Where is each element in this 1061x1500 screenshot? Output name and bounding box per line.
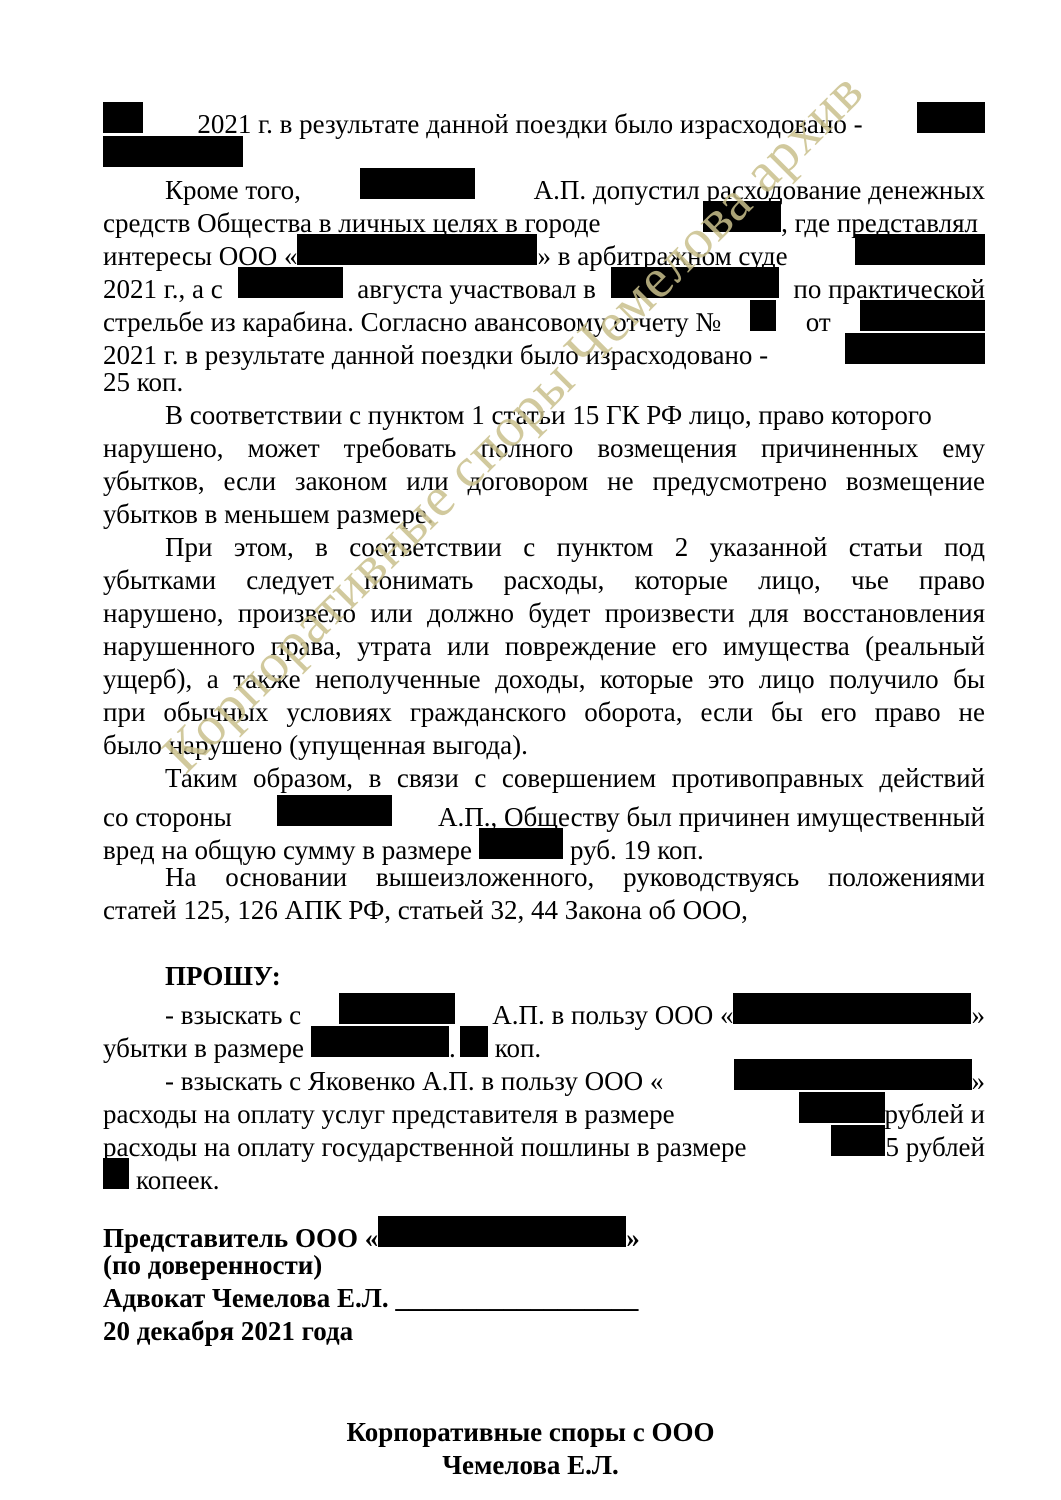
text-line: нарушенного права, утрата или повреждени… <box>103 630 985 663</box>
redaction <box>733 993 971 1024</box>
text-line: Таким образом, в связи с совершением про… <box>103 762 985 795</box>
text-line: Кроме того, А.П. допустил расходование д… <box>103 168 985 201</box>
redaction <box>238 267 343 298</box>
text-line: вред на общую сумму в размере руб. 19 ко… <box>103 828 985 861</box>
redaction <box>479 828 563 859</box>
signature-date: 20 декабря 2021 года <box>103 1315 985 1348</box>
redaction <box>311 1026 449 1057</box>
redaction <box>378 1216 626 1247</box>
footer-line: Чемелова Е.Л. <box>0 1449 1061 1482</box>
redaction <box>750 300 776 331</box>
text-line: стрельбе из карабина. Согласно авансовом… <box>103 300 985 333</box>
text-line: при обычных условиях гражданского оборот… <box>103 696 985 729</box>
redaction <box>611 267 779 298</box>
text-line: было нарушено (упущенная выгода). <box>103 729 985 762</box>
redaction <box>297 234 537 265</box>
text-line: копеек. <box>103 1158 985 1191</box>
text-line: убытками следует понимать расходы, котор… <box>103 564 985 597</box>
text-line <box>103 135 985 168</box>
redaction <box>103 102 143 133</box>
redaction <box>103 1158 129 1189</box>
text-line: убытков, если законом или договором не п… <box>103 465 985 498</box>
text-line: - взыскать с А.П. в пользу ООО «» <box>103 993 985 1026</box>
redaction <box>845 333 985 364</box>
text-line: При этом, в соответствии с пунктом 2 ука… <box>103 531 985 564</box>
text-line: 2021 г. в результате данной поездки было… <box>103 102 985 135</box>
text-line: В соответствии с пунктом 1 статьи 15 ГК … <box>103 399 985 432</box>
text-line: убытков в меньшем размере. <box>103 498 985 531</box>
text-line: 2021 г., а с августа участвовал в по пра… <box>103 267 985 300</box>
signature-line: Адвокат Чемелова Е.Л. __________________ <box>103 1282 985 1315</box>
redaction <box>831 1125 885 1156</box>
text-line: расходы на оплату услуг представителя в … <box>103 1092 985 1125</box>
request-heading: ПРОШУ: <box>103 960 985 993</box>
text-line: со стороны А.П., Обществу был причинен и… <box>103 795 985 828</box>
text-line: убытки в размере . коп. <box>103 1026 985 1059</box>
redaction <box>855 234 985 265</box>
redaction <box>460 1026 488 1057</box>
text-line: ущерб), а также неполученные доходы, кот… <box>103 663 985 696</box>
text-line: 25 коп. <box>103 366 985 399</box>
text-line: нарушено, может требовать полного возмещ… <box>103 432 985 465</box>
signature-line: Представитель ООО « » <box>103 1216 985 1249</box>
text-line: 2021 г. в результате данной поездки было… <box>103 333 985 366</box>
redaction <box>103 136 243 167</box>
text-line: интересы ООО «» в арбитражном суде <box>103 234 985 267</box>
redaction <box>860 300 985 331</box>
text-line: На основании вышеизложенного, руководств… <box>103 861 985 894</box>
redaction <box>339 993 455 1024</box>
text-line: нарушено, произвело или должно будет про… <box>103 597 985 630</box>
text-line: - взыскать с Яковенко А.П. в пользу ООО … <box>103 1059 985 1092</box>
redaction <box>277 795 392 826</box>
redaction <box>360 168 475 199</box>
redaction <box>734 1059 972 1090</box>
footer-line: Корпоративные споры с ООО <box>0 1416 1061 1449</box>
redaction <box>799 1092 885 1123</box>
text-line: статей 125, 126 АПК РФ, статьей 32, 44 З… <box>103 894 985 927</box>
text-line: расходы на оплату государственной пошлин… <box>103 1125 985 1158</box>
signature-line: (по доверенности) <box>103 1249 985 1282</box>
redaction <box>703 201 781 232</box>
redaction <box>917 102 985 133</box>
text-line: средств Общества в личных целях в городе… <box>103 201 985 234</box>
